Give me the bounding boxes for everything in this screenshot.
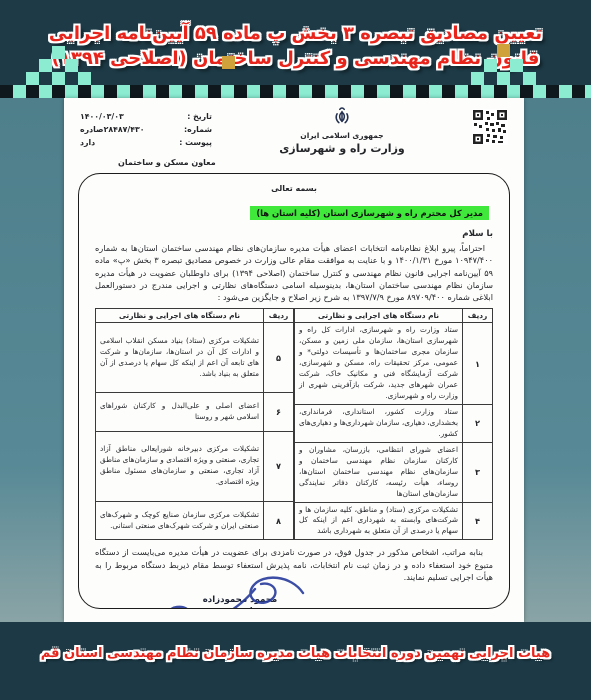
pixel-square (523, 72, 536, 85)
left-margin (0, 98, 64, 622)
pixel-square (65, 59, 78, 72)
table-row: ۶ اعضای اصلی و علی‌البدل و کارکنان شوراه… (96, 393, 294, 432)
table-row: ۱ ستاد وزارت راه و شهرسازی، ادارات کل را… (295, 323, 493, 405)
attachment-value: دارد (80, 136, 95, 149)
letterhead-center: جمهوری اسلامی ایران وزارت راه و شهرسازی (212, 106, 472, 155)
bottom-banner: هیات اجرایی نهمین دوره انتخابات هیات مدی… (0, 622, 591, 700)
agencies-table-left: ردیف نام دستگاه های اجرایی و نظارتی ۵ تش… (95, 308, 294, 540)
attachment-label: پیوست : (179, 136, 212, 149)
addressee-row: مدیر کل محترم راه و شهرسازی استان (کلیه … (95, 201, 493, 220)
right-margin (524, 98, 591, 622)
poster-title-line2: قانون نظام مهندسی و کنترل ساختمان (اصلاح… (52, 48, 540, 69)
iran-emblem-icon (334, 106, 350, 126)
table-row: ۷ تشکیلات مرکزی دبیرخانه شورایعالی مناطق… (96, 431, 294, 501)
table-row: ۴ تشکیلات مرکزی (ستاد) و مناطق، کلیه ساز… (295, 502, 493, 540)
pixel-square (471, 72, 484, 85)
date-label: تاریخ : (187, 110, 212, 123)
row-number: ۷ (264, 431, 294, 501)
row-number: ۳ (463, 442, 493, 502)
poster-footer: هیات اجرایی نهمین دوره انتخابات هیات مدی… (0, 646, 591, 661)
letter-frame: بسمه تعالی مدیر کل محترم راه و شهرسازی ا… (78, 173, 510, 609)
number-label: شماره: (184, 123, 212, 136)
salutation: با سلام (95, 229, 493, 239)
col-header-agency-name: نام دستگاه های اجرایی و نظارتی (295, 309, 463, 323)
table-row: ۳ اعضای شورای انتظامی، بازرسان، مشاوران … (295, 442, 493, 502)
letterhead-country: جمهوری اسلامی ایران (212, 131, 472, 140)
qr-code-icon (472, 109, 508, 145)
agency-cell: ستاد وزارت راه و شهرسازی، ادارات کل راه … (295, 323, 463, 405)
table-row: ۲ ستاد وزارت کشور، استانداری، فرمانداری،… (295, 405, 493, 443)
meta-number-row: شماره: ۲۸۴۸۷/۴۳۰صادره (80, 123, 212, 136)
letterhead-meta: تاریخ : ۱۴۰۰/۰۳/۰۳ شماره: ۲۸۴۸۷/۴۳۰صادره… (80, 110, 212, 149)
closing-paragraph: بنابه مراتب، اشخاص مذکور در جدول فوق، در… (95, 546, 493, 583)
letter-body: احتراماً، پیرو ابلاغ نظام‌نامه انتخابات … (95, 242, 493, 303)
table-header-row: ردیف نام دستگاه های اجرایی و نظارتی (96, 309, 294, 323)
agency-cell: تشکیلات مرکزی (ستاد) بنیاد مسکن انقلاب ا… (96, 323, 264, 393)
agency-cell: ستاد وزارت کشور، استانداری، فرمانداری، ب… (295, 405, 463, 443)
col-header-row-number: ردیف (264, 309, 294, 323)
col-header-agency-name: نام دستگاه های اجرایی و نظارتی (96, 309, 264, 323)
row-number: ۲ (463, 405, 493, 443)
pixel-square (78, 72, 91, 85)
agencies-table-right: ردیف نام دستگاه های اجرایی و نظارتی ۱ ست… (294, 308, 493, 540)
pixel-square (510, 59, 523, 72)
pixel-square-gold (222, 56, 235, 69)
agency-cell: اعضای شورای انتظامی، بازرسان، مشاوران و … (295, 442, 463, 502)
signature-area: محمود محمودزاده معاون وزیر (95, 585, 493, 609)
agency-cell: تشکیلات مرکزی (ستاد) و مناطق، کلیه سازما… (295, 502, 463, 540)
poster-title-line1: تعیین مصادیق تبصره ۳ بخش پ ماده ۵۹ آیین‌… (49, 23, 542, 44)
letterhead-ministry: وزارت راه و شهرسازی (212, 142, 472, 155)
pixel-square (497, 72, 510, 85)
row-number: ۶ (264, 393, 294, 432)
number-value: ۲۸۴۸۷/۴۳۰صادره (80, 123, 144, 136)
checkered-strip (0, 85, 591, 98)
signer-name: محمود محمودزاده (165, 595, 315, 605)
letter-document: جمهوری اسلامی ایران وزارت راه و شهرسازی … (64, 98, 524, 622)
addressee-highlight: مدیر کل محترم راه و شهرسازی استان (کلیه … (250, 206, 489, 220)
letterhead: جمهوری اسلامی ایران وزارت راه و شهرسازی … (64, 98, 524, 155)
pixel-square (52, 46, 65, 59)
meta-attachment-row: پیوست : دارد (80, 136, 212, 149)
row-number: ۴ (463, 502, 493, 540)
pixel-square-gold (497, 44, 510, 57)
agencies-table: ردیف نام دستگاه های اجرایی و نظارتی ۱ ست… (95, 308, 493, 540)
signature-block: محمود محمودزاده معاون وزیر (165, 595, 315, 609)
pixel-square (484, 59, 497, 72)
meta-date-row: تاریخ : ۱۴۰۰/۰۳/۰۳ (80, 110, 212, 123)
pixel-square (39, 59, 52, 72)
pixel-square (26, 72, 39, 85)
basmala: بسمه تعالی (95, 184, 493, 193)
signer-title: معاون وزیر (165, 606, 315, 609)
table-row: ۵ تشکیلات مرکزی (ستاد) بنیاد مسکن انقلاب… (96, 323, 294, 393)
agency-cell: اعضای اصلی و علی‌البدل و کارکنان شوراهای… (96, 393, 264, 432)
date-value: ۱۴۰۰/۰۳/۰۳ (80, 110, 124, 123)
col-header-row-number: ردیف (463, 309, 493, 323)
agency-cell: تشکیلات مرکزی سازمان صنایع کوچک و شهرک‌ه… (96, 501, 264, 540)
row-number: ۱ (463, 323, 493, 405)
table-header-row: ردیف نام دستگاه های اجرایی و نظارتی (295, 309, 493, 323)
poster-canvas: تعیین مصادیق تبصره ۳ بخش پ ماده ۵۹ آیین‌… (0, 0, 591, 700)
deputy-line: معاون مسکن و ساختمان (64, 158, 524, 167)
pixel-square (52, 72, 65, 85)
row-number: ۸ (264, 501, 294, 540)
agency-cell: تشکیلات مرکزی دبیرخانه شورایعالی مناطق آ… (96, 431, 264, 501)
row-number: ۵ (264, 323, 294, 393)
table-row: ۸ تشکیلات مرکزی سازمان صنایع کوچک و شهرک… (96, 501, 294, 540)
